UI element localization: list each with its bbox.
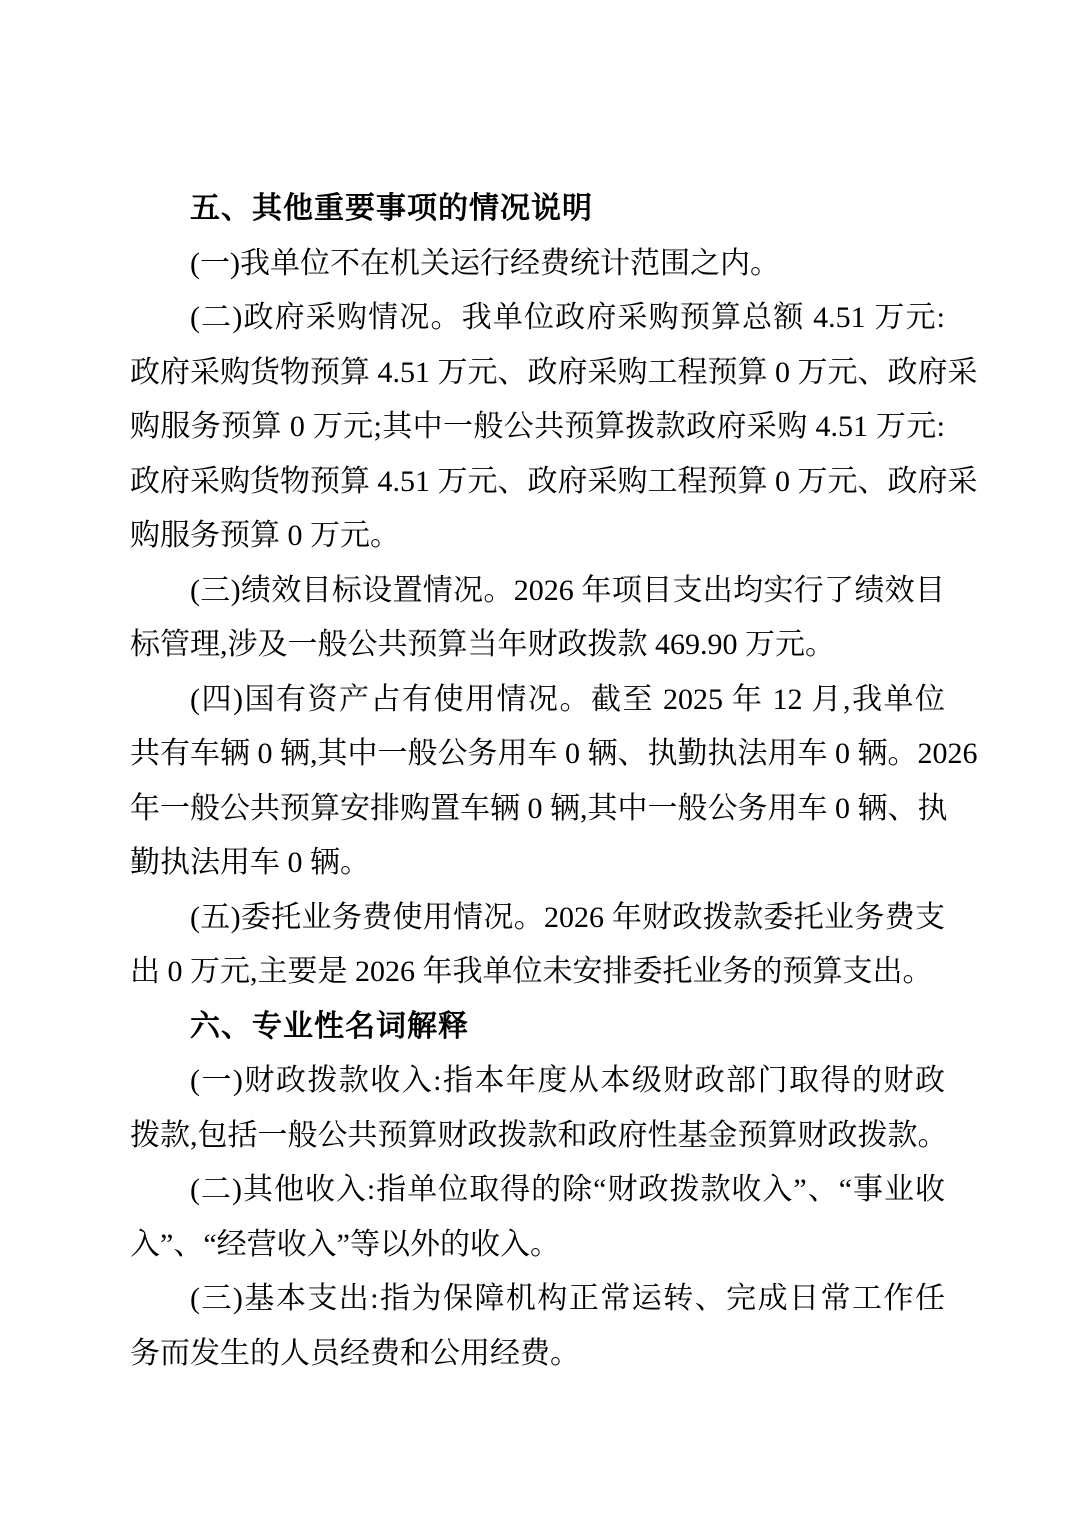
paragraph-line: (三)基本支出:指为保障机构正常运转、完成日常工作任 — [130, 1272, 945, 1327]
paragraph-line: 政府采购货物预算 4.51 万元、政府采购工程预算 0 万元、政府采 — [130, 455, 945, 510]
paragraph-line: 拨款,包括一般公共预算财政拨款和政府性基金预算财政拨款。 — [130, 1109, 945, 1164]
paragraph-line: 务而发生的人员经费和公用经费。 — [130, 1327, 945, 1382]
section-5-heading: 五、其他重要事项的情况说明 — [130, 182, 945, 237]
paragraph-line: (二)政府采购情况。我单位政府采购预算总额 4.51 万元: — [130, 291, 945, 346]
paragraph-line: (四)国有资产占有使用情况。截至 2025 年 12 月,我单位 — [130, 673, 945, 728]
paragraph-line: 勤执法用车 0 辆。 — [130, 836, 945, 891]
document-content: 五、其他重要事项的情况说明 (一)我单位不在机关运行经费统计范围之内。 (二)政… — [130, 182, 945, 1381]
paragraph-line: (三)绩效目标设置情况。2026 年项目支出均实行了绩效目 — [130, 564, 945, 619]
section-6-heading: 六、专业性名词解释 — [130, 1000, 945, 1055]
paragraph-line: (五)委托业务费使用情况。2026 年财政拨款委托业务费支 — [130, 891, 945, 946]
paragraph-line: 购服务预算 0 万元。 — [130, 509, 945, 564]
paragraph-line: (一)财政拨款收入:指本年度从本级财政部门取得的财政 — [130, 1054, 945, 1109]
paragraph-line: (一)我单位不在机关运行经费统计范围之内。 — [130, 237, 945, 292]
document-page: 五、其他重要事项的情况说明 (一)我单位不在机关运行经费统计范围之内。 (二)政… — [0, 0, 1074, 1520]
paragraph-line: 年一般公共预算安排购置车辆 0 辆,其中一般公务用车 0 辆、执 — [130, 782, 945, 837]
paragraph-line: 标管理,涉及一般公共预算当年财政拨款 469.90 万元。 — [130, 618, 945, 673]
paragraph-line: (二)其他收入:指单位取得的除“财政拨款收入”、“事业收 — [130, 1163, 945, 1218]
paragraph-line: 入”、“经营收入”等以外的收入。 — [130, 1218, 945, 1273]
paragraph-line: 共有车辆 0 辆,其中一般公务用车 0 辆、执勤执法用车 0 辆。2026 — [130, 727, 945, 782]
paragraph-line: 出 0 万元,主要是 2026 年我单位未安排委托业务的预算支出。 — [130, 945, 945, 1000]
paragraph-line: 购服务预算 0 万元;其中一般公共预算拨款政府采购 4.51 万元: — [130, 400, 945, 455]
paragraph-line: 政府采购货物预算 4.51 万元、政府采购工程预算 0 万元、政府采 — [130, 346, 945, 401]
